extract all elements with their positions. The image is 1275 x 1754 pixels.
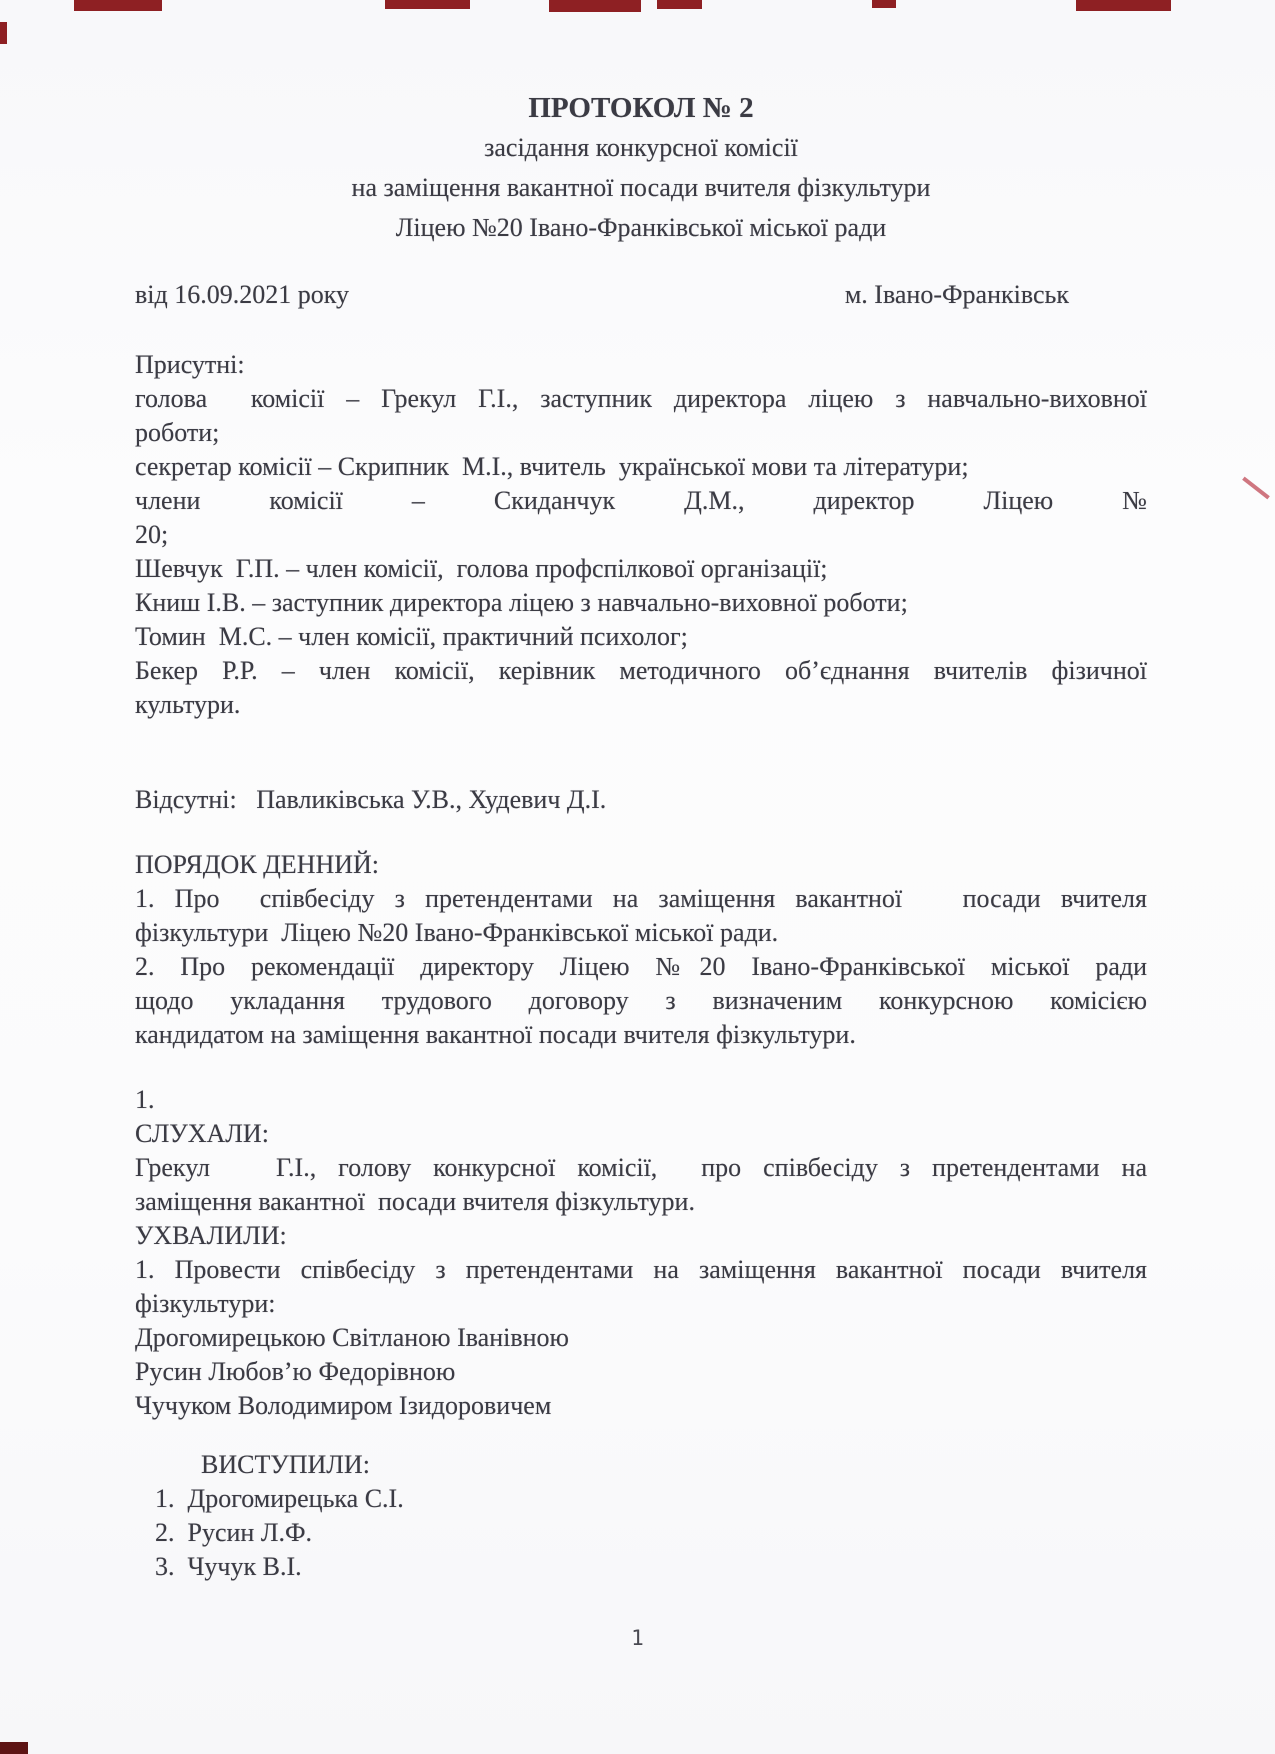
scan-mark-right-scribble bbox=[1242, 477, 1270, 500]
present-7b: культури. bbox=[135, 688, 1147, 722]
resolved-label: УХВАЛИЛИ: bbox=[135, 1219, 1147, 1253]
title-line-2: засідання конкурсної комісії bbox=[135, 128, 1147, 168]
resolved-1b: фізкультури: bbox=[135, 1287, 1147, 1321]
absent-line: Відсутні: Павликівська У.В., Худевич Д.І… bbox=[135, 783, 1147, 817]
present-1b: роботи; bbox=[135, 416, 1147, 450]
present-1a: голова комісії – Грекул Г.І., заступник … bbox=[135, 382, 1147, 416]
date-text: від 16.09.2021 року bbox=[135, 278, 349, 312]
date-place-line: від 16.09.2021 рокум. Івано-Франківськ bbox=[135, 278, 1147, 312]
resolved-1a: 1. Провести співбесіду з претендентами н… bbox=[135, 1253, 1147, 1287]
agenda-1a: 1. Про співбесіду з претендентами на зам… bbox=[135, 882, 1147, 916]
present-4: Шевчук Г.П. – член комісії, голова профс… bbox=[135, 552, 1147, 586]
scan-mark-top-3 bbox=[549, 0, 641, 12]
scan-mark-bottom-left bbox=[0, 1742, 28, 1754]
heard-1b: заміщення вакантної посади вчителя фізку… bbox=[135, 1185, 1147, 1219]
title-line-1: ПРОТОКОЛ № 2 bbox=[135, 88, 1147, 128]
candidate-1: Дрогомирецькою Світланою Іванівною bbox=[135, 1321, 1147, 1355]
title-line-4: Ліцею №20 Івано-Франківської міської рад… bbox=[135, 208, 1147, 248]
place-text: м. Івано-Франківськ bbox=[845, 278, 1069, 312]
item-number: 1. bbox=[135, 1083, 1147, 1117]
document-body: ПРОТОКОЛ № 2засідання конкурсної комісії… bbox=[135, 88, 1147, 1584]
scan-mark-top-2 bbox=[385, 0, 470, 9]
candidate-2: Русин Любов’ю Федорівною bbox=[135, 1355, 1147, 1389]
page-number: 1 bbox=[0, 1626, 1275, 1650]
heard-label: СЛУХАЛИ: bbox=[135, 1117, 1147, 1151]
heard-1a: Грекул Г.І., голову конкурсної комісії, … bbox=[135, 1151, 1147, 1185]
agenda-label: ПОРЯДОК ДЕННИЙ: bbox=[135, 848, 1147, 882]
scan-mark-top-5 bbox=[872, 0, 896, 8]
present-7a: Бекер Р.Р. – член комісії, керівник мето… bbox=[135, 654, 1147, 688]
agenda-2b: щодо укладання трудового договору з визн… bbox=[135, 984, 1147, 1018]
agenda-2a: 2. Про рекомендації директору Ліцею №20 … bbox=[135, 950, 1147, 984]
agenda-1b: фізкультури Ліцею №20 Івано-Франківської… bbox=[135, 916, 1147, 950]
present-2: секретар комісії – Скрипник М.І., вчител… bbox=[135, 450, 1147, 484]
speaker-1: 1. Дрогомирецька С.І. bbox=[135, 1482, 1147, 1516]
title-line-3: на заміщення вакантної посади вчителя фі… bbox=[135, 168, 1147, 208]
spoke-label: ВИСТУПИЛИ: bbox=[135, 1448, 1147, 1482]
speaker-3: 3. Чучук В.І. bbox=[135, 1550, 1147, 1584]
scan-mark-top-6 bbox=[1076, 0, 1171, 11]
present-5: Книш І.В. – заступник директора ліцею з … bbox=[135, 586, 1147, 620]
present-3a: члени комісії – Скиданчук Д.М., директор… bbox=[135, 484, 1147, 518]
present-6: Томин М.С. – член комісії, практичний пс… bbox=[135, 620, 1147, 654]
speaker-2: 2. Русин Л.Ф. bbox=[135, 1516, 1147, 1550]
scan-mark-top-1 bbox=[74, 0, 162, 11]
agenda-2c: кандидатом на заміщення вакантної посади… bbox=[135, 1018, 1147, 1052]
present-3b: 20; bbox=[135, 518, 1147, 552]
scan-mark-left-edge bbox=[0, 22, 7, 44]
scan-mark-top-4 bbox=[657, 0, 702, 9]
present-label: Присутні: bbox=[135, 348, 1147, 382]
candidate-3: Чучуком Володимиром Ізидоровичем bbox=[135, 1389, 1147, 1423]
scanned-document-page: ПРОТОКОЛ № 2засідання конкурсної комісії… bbox=[0, 0, 1275, 1754]
